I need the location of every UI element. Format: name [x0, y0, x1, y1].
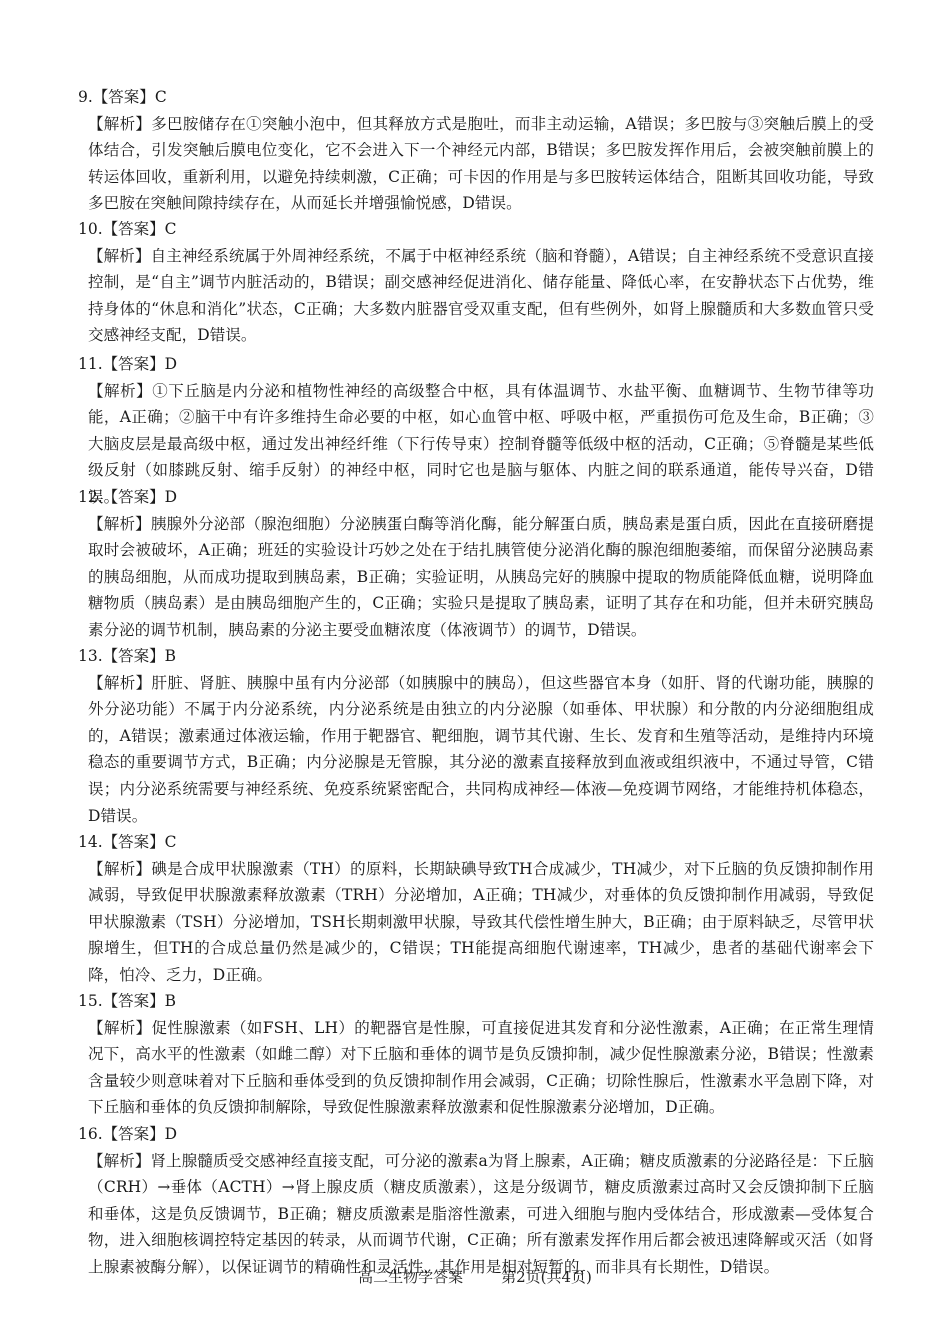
analysis-text: 【解析】多巴胺储存在①突触小泡中，但其释放方式是胞吐，而非主动运输，A错误；多巴…	[78, 111, 874, 217]
answer-choice: D	[165, 355, 177, 373]
analysis-text: 【解析】肾上腺髓质受交感神经直接支配，可分泌的激素a为肾上腺素，A正确；糖皮质激…	[78, 1148, 874, 1281]
answer-label: 【答案】	[103, 992, 165, 1010]
answer-document: 9.【答案】C 【解析】多巴胺储存在①突触小泡中，但其释放方式是胞吐，而非主动运…	[78, 84, 874, 1281]
answer-item-13: 13.【答案】B 【解析】肝脏、肾脏、胰腺中虽有内分泌部（如胰腺中的胰岛），但这…	[78, 643, 874, 829]
question-number: 12.	[78, 484, 103, 511]
answer-line: 12.【答案】D	[78, 484, 874, 511]
answer-item-12: 12.【答案】D 【解析】胰腺外分泌部（腺泡细胞）分泌胰蛋白酶等消化酶，能分解蛋…	[78, 484, 874, 643]
analysis-text: 【解析】肝脏、肾脏、胰腺中虽有内分泌部（如胰腺中的胰岛），但这些器官本身（如肝、…	[78, 670, 874, 830]
answer-line: 16.【答案】D	[78, 1121, 874, 1148]
answer-choice: D	[165, 488, 177, 506]
answer-choice: D	[165, 1125, 177, 1143]
question-number: 9.	[78, 84, 93, 111]
answer-line: 11.【答案】D	[78, 351, 874, 378]
answer-item-9: 9.【答案】C 【解析】多巴胺储存在①突触小泡中，但其释放方式是胞吐，而非主动运…	[78, 84, 874, 216]
answer-label: 【答案】	[103, 220, 165, 238]
answer-item-16: 16.【答案】D 【解析】肾上腺髓质受交感神经直接支配，可分泌的激素a为肾上腺素…	[78, 1121, 874, 1281]
answer-label: 【答案】	[103, 355, 165, 373]
answer-line: 9.【答案】C	[78, 84, 874, 111]
analysis-text: 【解析】自主神经系统属于外周神经系统，不属于中枢神经系统（脑和脊髓），A错误；自…	[78, 243, 874, 349]
page-number: 第2页(共4页)	[501, 1266, 592, 1287]
analysis-text: 【解析】碘是合成甲状腺激素（TH）的原料，长期缺碘导致TH合成减少，TH减少，对…	[78, 856, 874, 989]
analysis-text: 【解析】促性腺激素（如FSH、LH）的靶器官是性腺，可直接促进其发育和分泌性激素…	[78, 1015, 874, 1121]
answer-label: 【答案】	[103, 647, 165, 665]
answer-choice: C	[155, 88, 167, 106]
question-number: 15.	[78, 988, 103, 1015]
answer-line: 15.【答案】B	[78, 988, 874, 1015]
answer-item-11: 11.【答案】D 【解析】①下丘脑是内分泌和植物性神经的高级整合中枢，具有体温调…	[78, 351, 874, 484]
answer-line: 10.【答案】C	[78, 216, 874, 243]
answer-item-14: 14.【答案】C 【解析】碘是合成甲状腺激素（TH）的原料，长期缺碘导致TH合成…	[78, 829, 874, 988]
answer-label: 【答案】	[93, 88, 155, 106]
answer-label: 【答案】	[103, 1125, 165, 1143]
footer-title: 高二生物学答案	[358, 1266, 463, 1287]
question-number: 16.	[78, 1121, 103, 1148]
question-number: 14.	[78, 829, 103, 856]
question-number: 11.	[78, 351, 103, 378]
answer-choice: B	[165, 647, 176, 665]
answer-label: 【答案】	[103, 833, 165, 851]
question-number: 13.	[78, 643, 103, 670]
question-number: 10.	[78, 216, 103, 243]
answer-line: 14.【答案】C	[78, 829, 874, 856]
page-footer: 高二生物学答案第2页(共4页)	[0, 1266, 950, 1287]
answer-item-10: 10.【答案】C 【解析】自主神经系统属于外周神经系统，不属于中枢神经系统（脑和…	[78, 216, 874, 351]
answer-line: 13.【答案】B	[78, 643, 874, 670]
answer-choice: C	[165, 833, 177, 851]
answer-label: 【答案】	[103, 488, 165, 506]
analysis-text: 【解析】胰腺外分泌部（腺泡细胞）分泌胰蛋白酶等消化酶，能分解蛋白质，胰岛素是蛋白…	[78, 511, 874, 644]
answer-choice: B	[165, 992, 176, 1010]
answer-item-15: 15.【答案】B 【解析】促性腺激素（如FSH、LH）的靶器官是性腺，可直接促进…	[78, 988, 874, 1121]
answer-choice: C	[165, 220, 177, 238]
